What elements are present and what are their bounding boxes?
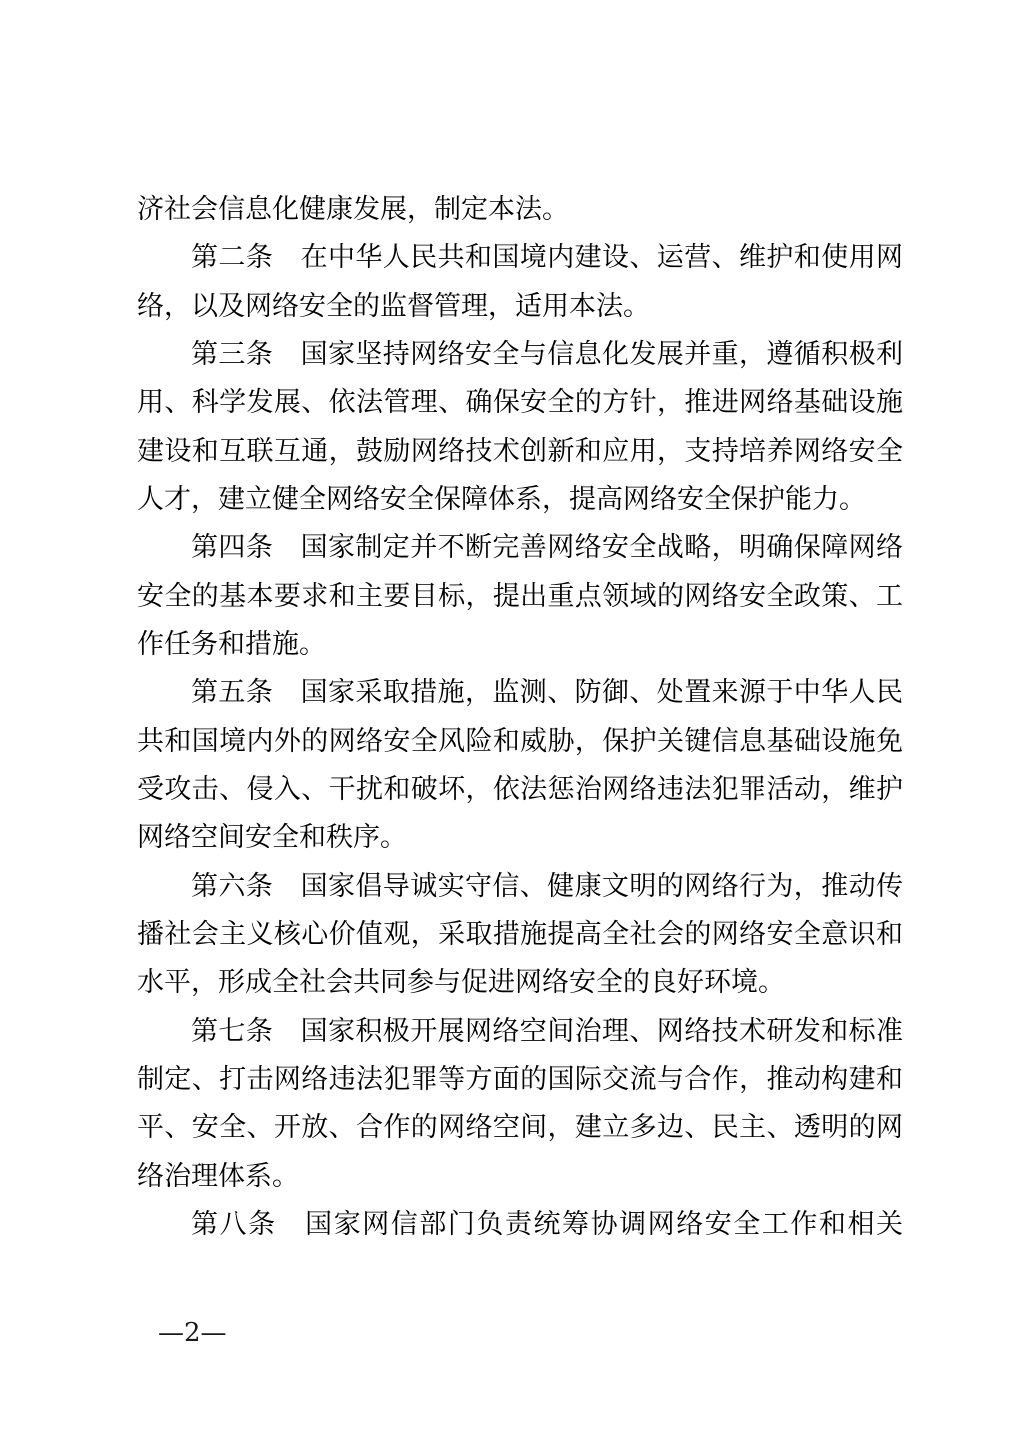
text-line: 济社会信息化健康发展，制定本法。: [137, 185, 903, 233]
text-line: 第五条 国家采取措施，监测、防御、处置来源于中华人民: [137, 668, 903, 716]
text-line: 络，以及网络安全的监督管理，适用本法。: [137, 282, 903, 330]
document-page: 济社会信息化健康发展，制定本法。第二条 在中华人民共和国境内建设、运营、维护和使…: [0, 0, 1024, 1450]
text-line: 建设和互联互通，鼓励网络技术创新和应用，支持培养网络安全: [137, 427, 903, 475]
text-line: 用、科学发展、依法管理、确保安全的方针，推进网络基础设施: [137, 378, 903, 426]
text-line: 受攻击、侵入、干扰和破坏，依法惩治网络违法犯罪活动，维护: [137, 765, 903, 813]
text-line: 第四条 国家制定并不断完善网络安全战略，明确保障网络: [137, 523, 903, 571]
text-line: 水平，形成全社会共同参与促进网络安全的良好环境。: [137, 958, 903, 1006]
text-line: 播社会主义核心价值观，采取措施提高全社会的网络安全意识和: [137, 910, 903, 958]
text-line: 第三条 国家坚持网络安全与信息化发展并重，遵循积极利: [137, 330, 903, 378]
text-line: 第六条 国家倡导诚实守信、健康文明的网络行为，推动传: [137, 862, 903, 910]
text-line: 第七条 国家积极开展网络空间治理、网络技术研发和标准: [137, 1007, 903, 1055]
text-line: 网络空间安全和秩序。: [137, 813, 903, 861]
text-line: 第八条 国家网信部门负责统筹协调网络安全工作和相关: [137, 1200, 903, 1248]
text-line: 平、安全、开放、合作的网络空间，建立多边、民主、透明的网: [137, 1103, 903, 1151]
document-body: 济社会信息化健康发展，制定本法。第二条 在中华人民共和国境内建设、运营、维护和使…: [137, 185, 903, 1248]
text-line: 第二条 在中华人民共和国境内建设、运营、维护和使用网: [137, 233, 903, 281]
text-line: 安全的基本要求和主要目标，提出重点领域的网络安全政策、工: [137, 572, 903, 620]
text-line: 络治理体系。: [137, 1152, 903, 1200]
page-number: —2—: [158, 1318, 227, 1348]
text-line: 共和国境内外的网络安全风险和威胁，保护关键信息基础设施免: [137, 717, 903, 765]
text-line: 制定、打击网络违法犯罪等方面的国际交流与合作，推动构建和: [137, 1055, 903, 1103]
text-line: 作任务和措施。: [137, 620, 903, 668]
text-line: 人才，建立健全网络安全保障体系，提高网络安全保护能力。: [137, 475, 903, 523]
